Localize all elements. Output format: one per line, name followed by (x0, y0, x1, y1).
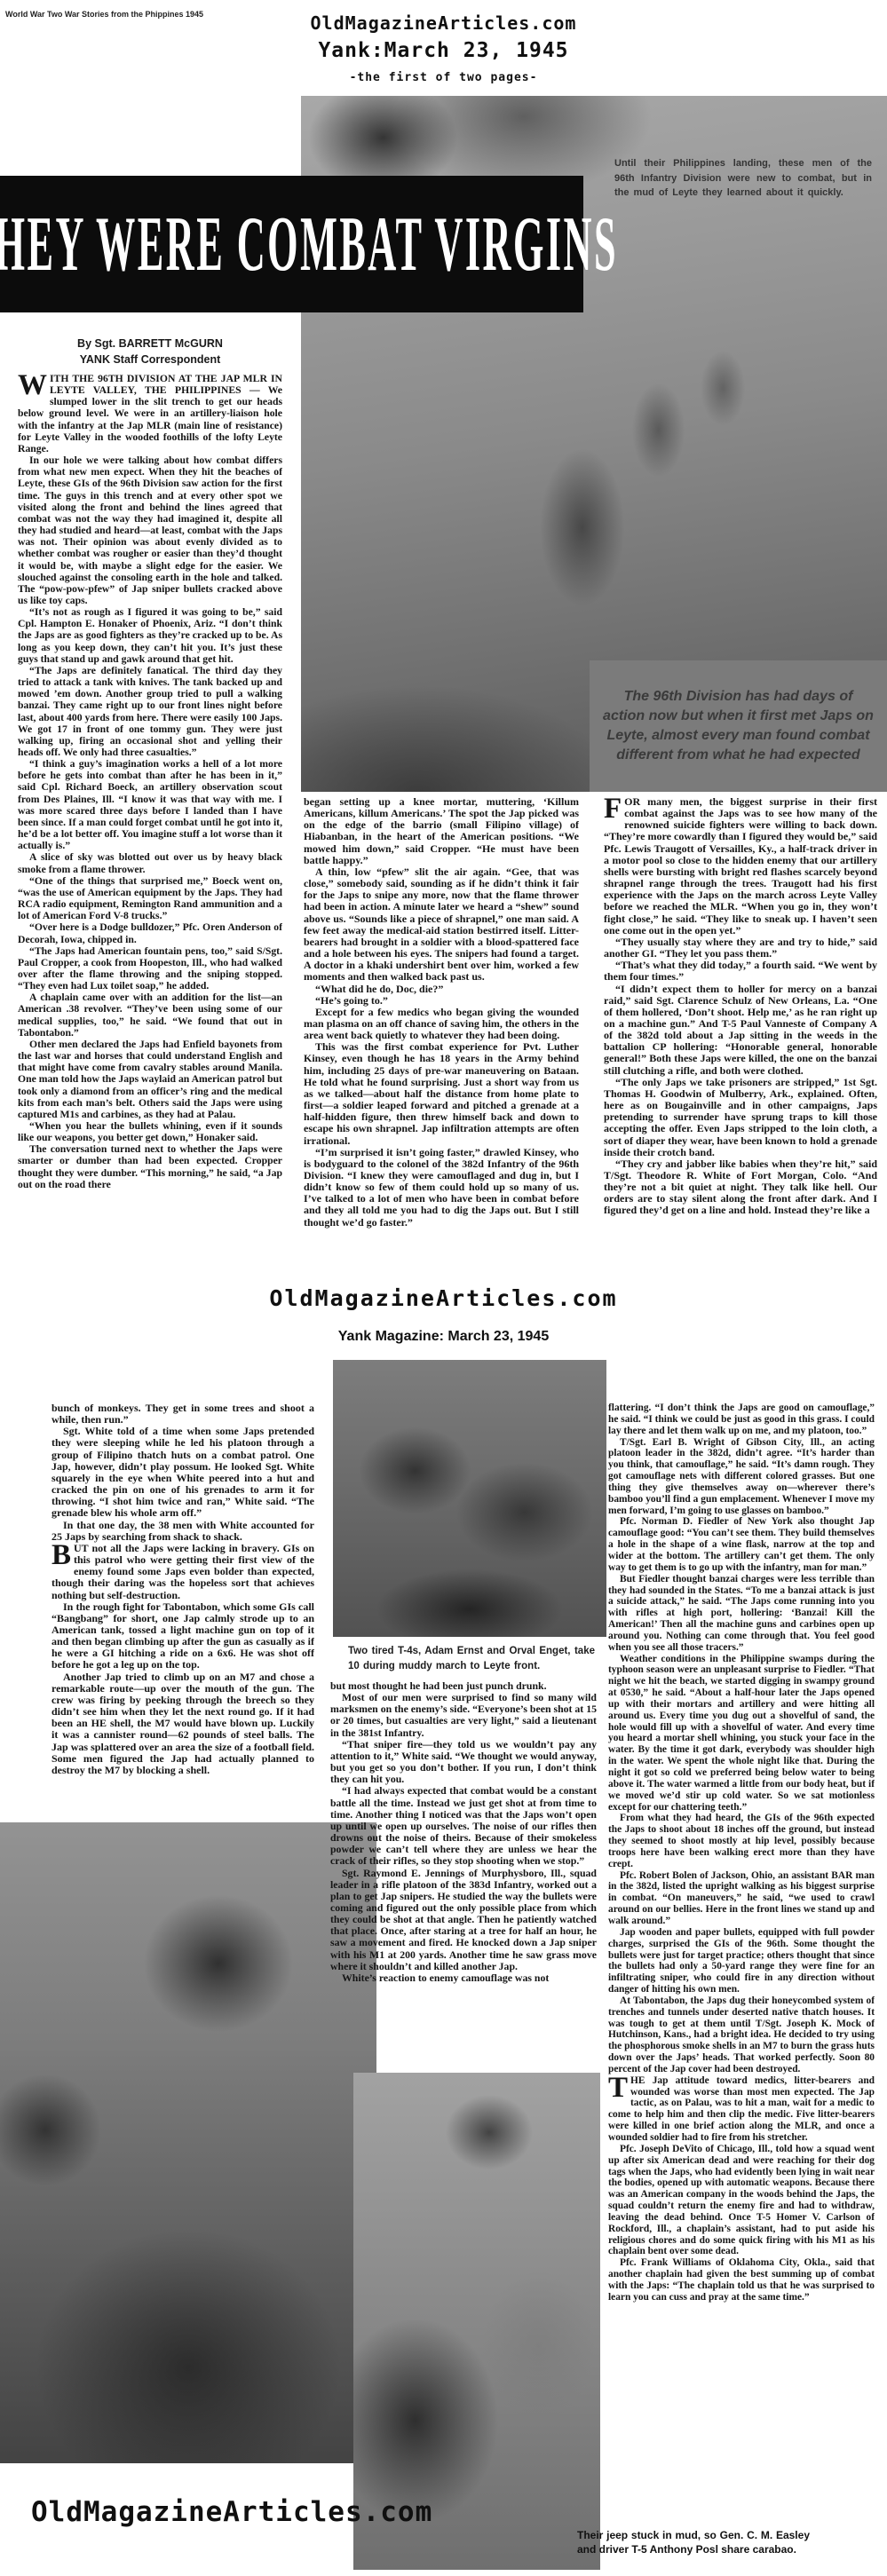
paragraph: But Fiedler thought banzai charges were … (608, 1574, 875, 1654)
paragraph: The conversation turned next to whether … (18, 1143, 282, 1190)
paragraph: Pfc. Robert Bolen of Jackson, Ohio, an a… (608, 1870, 875, 1927)
paragraph: “What did he do, Doc, die?” (304, 984, 579, 995)
column-page1-left: WITH THE 96TH DIVISION AT THE JAP MLR IN… (18, 373, 282, 1284)
issue-title-divider: Yank Magazine: March 23, 1945 (0, 1329, 887, 1345)
paragraph: “The Japs had American fountain pens, to… (18, 945, 282, 992)
site-url-divider: OldMagazineArticles.com (0, 1285, 887, 1311)
paragraph: From what they had heard, the GIs of the… (608, 1813, 875, 1869)
paragraph: “I think a guy’s imagination works a hel… (18, 758, 282, 851)
pull-quote-box: The 96th Division has had days of action… (590, 660, 887, 792)
paragraph: A thin, low “pfew” slit the air again. “… (304, 866, 579, 984)
paragraph: T/Sgt. Earl B. Wright of Gibson City, Il… (608, 1437, 875, 1517)
column-page2-middle: but most thought he had been just punch … (330, 1680, 597, 2078)
byline-role: YANK Staff Correspondent (18, 353, 282, 366)
paragraph: Weather conditions in the Philippine swa… (608, 1654, 875, 1813)
issue-title: Yank:March 23, 1945 (0, 39, 887, 62)
photo-tired-soldiers (333, 1360, 606, 1637)
paragraph: “I didn’t expect them to holler for merc… (604, 984, 877, 1077)
photo-caption-bottom: Their jeep stuck in mud, so Gen. C. M. E… (577, 2528, 810, 2556)
paragraph: “One of the things that surprised me,” B… (18, 875, 282, 922)
paragraph: At Tabontabon, the Japs dug their honeyc… (608, 1995, 875, 2075)
paragraph: THE Jap attitude toward medics, litter-b… (608, 2075, 875, 2144)
paragraph: began setting up a knee mortar, mutterin… (304, 796, 579, 866)
paragraph: bunch of monkeys. They get in some trees… (51, 1403, 314, 1426)
paragraph: A slice of sky was blotted out over us b… (18, 851, 282, 874)
column-page1-right: FOR many men, the biggest surprise in th… (604, 796, 877, 1283)
paragraph: flattering. “I don’t think the Japs are … (608, 1403, 875, 1437)
paragraph: Sgt. Raymond E. Jennings of Murphysboro,… (330, 1868, 597, 1972)
photo-carabao (353, 2073, 600, 2570)
paragraph: “I’m surprised it isn’t going faster,” d… (304, 1147, 579, 1229)
paragraph: “I had always expected that combat would… (330, 1785, 597, 1867)
paragraph: “When you hear the bullets whining, even… (18, 1120, 282, 1143)
pull-quote-text: The 96th Division has had days of action… (602, 687, 875, 765)
column-page2-left: bunch of monkeys. They get in some trees… (51, 1403, 314, 1816)
paragraph: “He’s going to.” (304, 995, 579, 1007)
site-url-footer: OldMagazineArticles.com (31, 2496, 432, 2528)
site-url-header: OldMagazineArticles.com (0, 12, 887, 34)
paragraph: Pfc. Joseph DeVito of Chicago, Ill., tol… (608, 2144, 875, 2257)
paragraph: In our hole we were talking about how co… (18, 454, 282, 606)
photo-helmeted-gis (0, 1822, 376, 2463)
paragraph: BUT not all the Japs were lacking in bra… (51, 1543, 314, 1601)
paragraph: “The Japs are definitely fanatical. The … (18, 665, 282, 758)
paragraph: White’s reaction to enemy camouflage was… (330, 1972, 597, 1984)
paragraph: A chaplain came over with an addition fo… (18, 992, 282, 1039)
article-headline: THEY WERE COMBAT VIRGINS (0, 200, 618, 288)
paragraph: In the rough fight for Tabontabon, which… (51, 1601, 314, 1671)
paragraph: Except for a few medics who began giving… (304, 1007, 579, 1041)
paragraph: “That’s what they did today,” a fourth s… (604, 960, 877, 983)
column-page1-middle: began setting up a knee mortar, mutterin… (304, 796, 579, 1283)
paragraph: Pfc. Frank Williams of Oklahoma City, Ok… (608, 2257, 875, 2303)
paragraph: “The only Japs we take prisoners are str… (604, 1077, 877, 1158)
paragraph: FOR many men, the biggest surprise in th… (604, 796, 877, 936)
paragraph: “It’s not as rough as I figured it was g… (18, 606, 282, 665)
paragraph: Other men declared the Japs had Enfield … (18, 1039, 282, 1120)
paragraph: Most of our men were surprised to find s… (330, 1692, 597, 1739)
photo-caption-mid: Two tired T-4s, Adam Ernst and Orval Eng… (348, 1644, 595, 1674)
paragraph: WITH THE 96TH DIVISION AT THE JAP MLR IN… (18, 373, 282, 454)
paragraph: Pfc. Norman D. Fiedler of New York also … (608, 1516, 875, 1573)
paragraph: “They usually stay where they are and tr… (604, 936, 877, 960)
page-subtitle: -the first of two pages- (0, 71, 887, 84)
paragraph: “They cry and jabber like babies when th… (604, 1158, 877, 1217)
magazine-scan-page: World War Two War Stories from the Phipp… (0, 0, 887, 2576)
paragraph: Jap wooden and paper bullets, equipped w… (608, 1927, 875, 1995)
paragraph: Sgt. White told of a time when some Japs… (51, 1426, 314, 1519)
paragraph: “Over here is a Dodge bulldozer,” Pfc. O… (18, 921, 282, 944)
photo-caption-top: Until their Philippines landing, these m… (614, 156, 872, 201)
paragraph: This was the first combat experience for… (304, 1041, 579, 1146)
byline-author: By Sgt. BARRETT McGURN (18, 337, 282, 350)
column-page2-right: flattering. “I don’t think the Japs are … (608, 1403, 875, 2523)
headline-banner: THEY WERE COMBAT VIRGINS (0, 176, 583, 312)
paragraph: “That sniper fire—they told us we wouldn… (330, 1739, 597, 1786)
paragraph: Another Jap tried to climb up on an M7 a… (51, 1671, 314, 1776)
paragraph: In that one day, the 38 men with White a… (51, 1520, 314, 1543)
